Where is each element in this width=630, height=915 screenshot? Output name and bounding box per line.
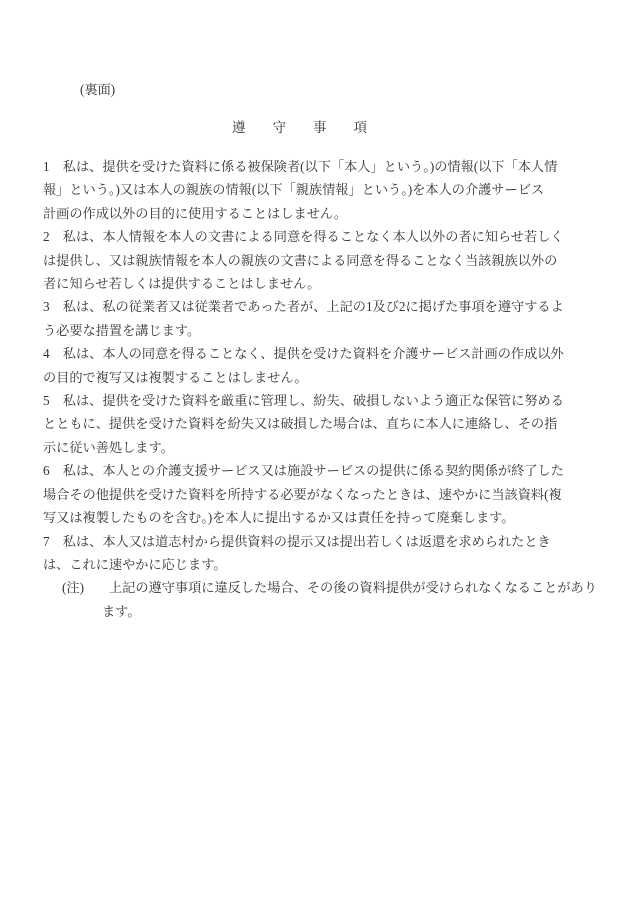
doc-line: の目的で複写又は複製することはしません。 xyxy=(43,366,618,389)
clause-4: 4 私は、本人の同意を得ることなく、提供を受けた資料を介護サービス計画の作成以外… xyxy=(43,342,618,389)
note-clause: (注)上記の遵守事項に違反した場合、その後の資料提供が受けられなくなることがあり… xyxy=(43,576,618,623)
doc-line: 5 私は、提供を受けた資料を厳重に管理し、紛失、破損しないよう適正な保管に努める xyxy=(43,389,618,412)
doc-line: う必要な措置を講じます。 xyxy=(43,319,618,342)
clause-6: 6 私は、本人との介護支援サービス又は施設サービスの提供に係る契約関係が終了した… xyxy=(43,459,618,529)
doc-line: 4 私は、本人の同意を得ることなく、提供を受けた資料を介護サービス計画の作成以外 xyxy=(43,342,618,365)
doc-line: は提供し、又は親族情報を本人の親族の文書による同意を得ることなく当該親族以外の xyxy=(43,249,618,272)
doc-line: 者に知らせ若しくは提供することはしません。 xyxy=(43,272,618,295)
doc-line: 2 私は、本人情報を本人の文書による同意を得ることなく本人以外の者に知らせ若しく xyxy=(43,225,618,248)
document-page: (裏面) 遵 守 事 項 1 私は、提供を受けた資料に係る被保険者(以下「本人」… xyxy=(0,0,630,915)
clause-2: 2 私は、本人情報を本人の文書による同意を得ることなく本人以外の者に知らせ若しく… xyxy=(43,225,618,295)
doc-line: 1 私は、提供を受けた資料に係る被保険者(以下「本人」という。)の情報(以下「本… xyxy=(43,155,618,178)
note-text: 上記の遵守事項に違反した場合、その後の資料提供が受けられなくなることがあり xyxy=(109,580,597,595)
doc-line: ます。 xyxy=(102,600,618,623)
clause-7: 7 私は、本人又は道志村から提供資料の提示又は提出若しくは返還を求められたとき … xyxy=(43,530,618,577)
doc-line: (注)上記の遵守事項に違反した場合、その後の資料提供が受けられなくなることがあり xyxy=(62,576,618,599)
document-body: 1 私は、提供を受けた資料に係る被保険者(以下「本人」という。)の情報(以下「本… xyxy=(43,155,618,623)
doc-line: 報」という。)又は本人の親族の情報(以下「親族情報」という。)を本人の介護サービ… xyxy=(43,178,618,201)
doc-line: とともに、提供を受けた資料を紛失又は破損した場合は、直ちに本人に連絡し、その指 xyxy=(43,412,618,435)
doc-line: 計画の作成以外の目的に使用することはしません。 xyxy=(43,202,618,225)
note-label: (注) xyxy=(62,576,109,599)
doc-line: 写又は複製したものを含む。)を本人に提出するか又は責任を持って廃棄します。 xyxy=(43,506,618,529)
document-title: 遵 守 事 項 xyxy=(26,116,573,139)
doc-line: 3 私は、私の従業者又は従業者であった者が、上記の1及び2に掲げた事項を遵守する… xyxy=(43,295,618,318)
doc-line: 場合その他提供を受けた資料を所持する必要がなくなったときは、速やかに当該資料(複 xyxy=(43,483,618,506)
page-side-label: (裏面) xyxy=(80,82,115,98)
doc-line: は、これに速やかに応じます。 xyxy=(43,553,618,576)
doc-line: 7 私は、本人又は道志村から提供資料の提示又は提出若しくは返還を求められたとき xyxy=(43,530,618,553)
doc-line: 6 私は、本人との介護支援サービス又は施設サービスの提供に係る契約関係が終了した xyxy=(43,459,618,482)
doc-line: 示に従い善処します。 xyxy=(43,436,618,459)
clause-3: 3 私は、私の従業者又は従業者であった者が、上記の1及び2に掲げた事項を遵守する… xyxy=(43,295,618,342)
clause-1: 1 私は、提供を受けた資料に係る被保険者(以下「本人」という。)の情報(以下「本… xyxy=(43,155,618,225)
clause-5: 5 私は、提供を受けた資料を厳重に管理し、紛失、破損しないよう適正な保管に努める… xyxy=(43,389,618,459)
